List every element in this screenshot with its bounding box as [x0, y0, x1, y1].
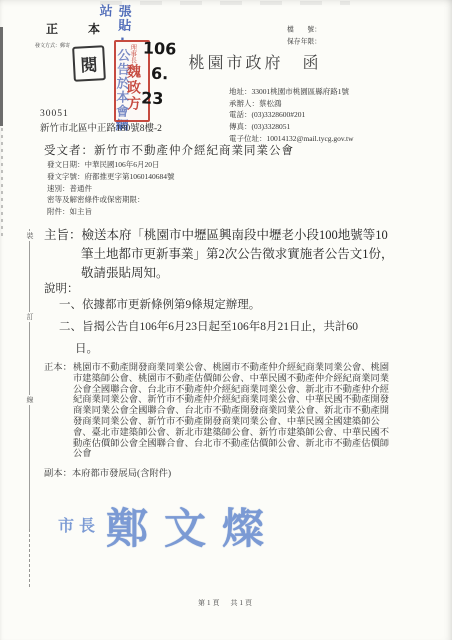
- dispatch-method-note: 發文方式：郵寄: [35, 41, 70, 49]
- meta-attachment: 附件：如主旨: [47, 206, 175, 218]
- sender-address: 地址：33001桃園市桃園區縣府路1號: [229, 86, 354, 98]
- distribution-line: 會、臺北市建築師公會、新北市建築師公會、新竹市建築師公會、中華民國不: [73, 428, 389, 439]
- distribution-line: 市建築師公會、桃園市不動產估價師公會、中華民國不動產仲介經紀商業同業: [73, 374, 389, 385]
- distribution-original-label: 正本：: [44, 363, 72, 374]
- chairman-seal-title: 理事長: [129, 44, 136, 64]
- scan-edge-dots-artifact: [1, 128, 3, 240]
- distribution-line: 商業同業公會全國聯合會、台北市不動產開發商業同業公會、新北市不動產開: [73, 406, 389, 417]
- scanned-official-letter: 正 本 發文方式：郵寄 閱 張貼·公告於本會網站 理事長 魏政方 106 6. …: [0, 0, 452, 640]
- sender-fax: 傳真：(03)3328051: [229, 121, 354, 133]
- explanation-label: 說明：: [44, 280, 79, 296]
- recipient-line: 受文者：新竹市不動產仲介經紀商業同業公會: [44, 142, 294, 158]
- sender-phone: 電話：(03)3328600#201: [229, 109, 354, 121]
- retention-period-label: 保存年限：: [287, 36, 321, 48]
- document-title: 桃園市政府 函: [150, 50, 360, 73]
- distribution-copy-value: 本府都市發展局(含附件): [72, 469, 171, 479]
- distribution-original-list: 桃園市不動產開發商業同業公會、桃園市不動產仲介經紀商業同業公會、桃園 市建築師公…: [44, 363, 389, 460]
- scan-top-smudge: [100, 1, 350, 5]
- subject-text-1: 檢送本府「桃園市中壢區興南段中壢老小段100地號等10: [82, 228, 388, 242]
- distribution-copy-line: 副本：本府都市發展局(含附件): [44, 465, 171, 479]
- explanation-item-2: 二、旨揭公告自106年6月23日起至106年8月21日止，共計60: [59, 318, 358, 334]
- distribution-line: 紀商業同業公會、新竹市不動產仲介經紀商業同業公會、中華民國不動產開發: [73, 395, 389, 406]
- explanation-item-1: 一、依據都市更新條例第9條規定辦理。: [59, 296, 260, 312]
- subject-line-1: 主旨：檢送本府「桃園市中壢區興南段中壢老小段100地號等10: [44, 226, 394, 245]
- mayor-signature-stamp: 鄭文燦: [106, 496, 280, 556]
- distribution-line: 桃園市不動產開發商業同業公會、桃園市不動產仲介經紀商業同業公會、桃園: [73, 363, 389, 374]
- meta-doc-number: 發文字號：府都推更字第1060140684號: [47, 171, 175, 183]
- binding-mark-ding: 訂: [24, 312, 36, 322]
- chairman-seal-name: 魏政方: [122, 64, 142, 112]
- explanation-item-2-continued: 日。: [75, 340, 98, 356]
- meta-issue-date: 發文日期：中華民國106年6月20日: [47, 159, 175, 171]
- distribution-line: 公會: [73, 449, 389, 460]
- subject-label: 主旨：: [44, 228, 82, 242]
- file-number-label: 檔 號：: [287, 24, 321, 36]
- binding-mark-zhuang: 裝: [24, 231, 36, 241]
- binding-mark-xian: 線: [24, 395, 36, 405]
- file-reference-labels: 檔 號： 保存年限：: [287, 24, 321, 48]
- mayor-signature-block: 市長 鄭文燦: [58, 496, 280, 556]
- subject-section: 主旨：檢送本府「桃園市中壢區興南段中壢老小段100地號等10 筆土地都市更新事業…: [44, 226, 394, 283]
- date-stamp-day: 23: [141, 85, 175, 111]
- scan-edge-artifact: [0, 27, 3, 126]
- distribution-line: 公會全國聯合會、台北市不動產仲介經紀商業同業公會、新北市不動產仲介經: [73, 385, 389, 396]
- meta-security-class: 密等及解密條件或保密期限：: [47, 194, 175, 206]
- handwritten-date-stamp: 106 6. 23: [141, 35, 177, 111]
- binding-line: [29, 229, 30, 529]
- distribution-line: 發商業同業公會、新竹市不動產開發商業同業公會、中華民國全國建築師公: [73, 417, 389, 428]
- distribution-line: 動產估價師公會全國聯合會、台北市不動產估價師公會、新北市不動產估價師: [73, 439, 389, 450]
- distribution-original-block: 正本： 桃園市不動產開發商業同業公會、桃園市不動產仲介經紀商業同業公會、桃園 市…: [44, 363, 389, 460]
- mayor-title: 市長: [58, 513, 100, 536]
- sender-contact-person: 承辦人：蔡松鴻: [229, 98, 354, 110]
- binding-line-dashed: [29, 529, 30, 587]
- sender-contact-block: 地址：33001桃園市桃園區縣府路1號 承辦人：蔡松鴻 電話：(03)33286…: [229, 86, 354, 144]
- document-meta-block: 發文日期：中華民國106年6月20日 發文字號：府都推更字第1060140684…: [47, 159, 175, 218]
- recipient-zip-code: 30051: [40, 109, 69, 119]
- subject-line-2: 筆土地都市更新事業」第2次公告徵求實施者公告文1份，: [44, 245, 394, 264]
- meta-speed-class: 速別：普通件: [47, 183, 175, 195]
- subject-line-3: 敬請張貼周知。: [44, 264, 394, 283]
- page-number-footer: 第1頁 共1頁: [0, 598, 452, 608]
- recipient-street-address: 新竹市北區中正路180號8樓-2: [40, 120, 162, 134]
- distribution-copy-label: 副本：: [44, 469, 72, 479]
